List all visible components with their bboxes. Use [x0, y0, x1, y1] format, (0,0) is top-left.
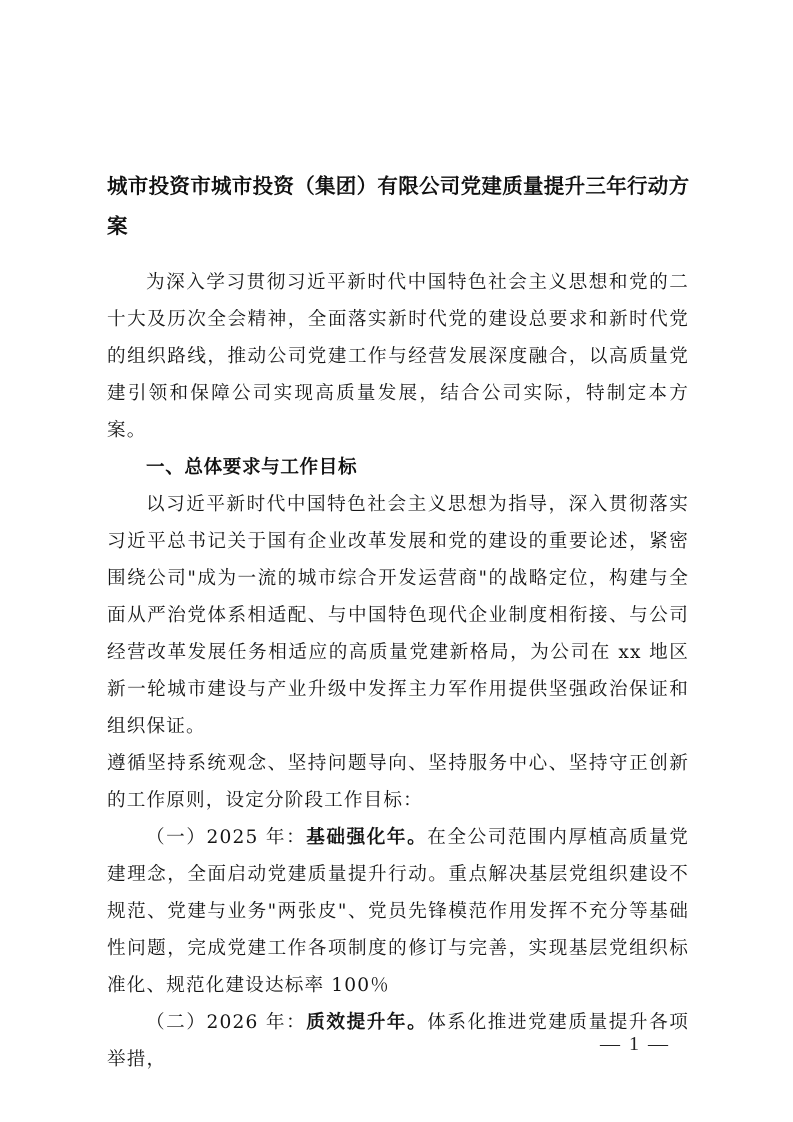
principles-paragraph: 遵循坚持系统观念、坚持问题导向、坚持服务中心、坚持守正创新的工作原则，设定分阶段…	[107, 745, 689, 819]
goal-2025-bold-title: 基础强化年。	[306, 827, 427, 848]
document-body: 为深入学习贯彻习近平新时代中国特色社会主义思想和党的二十大及历次全会精神，全面落…	[107, 264, 689, 1078]
goal-2026-label: （二）2026 年：	[146, 1012, 306, 1033]
goal-2025-paragraph: （一）2025 年：基础强化年。在全公司范围内厚植高质量党建理念，全面启动党建质…	[107, 819, 689, 1004]
goal-2025-label: （一）2025 年：	[146, 827, 306, 848]
goal-2026-bold-title: 质效提升年。	[306, 1012, 427, 1033]
intro-paragraph: 为深入学习贯彻习近平新时代中国特色社会主义思想和党的二十大及历次全会精神，全面落…	[107, 264, 689, 449]
document-page: 城市投资市城市投资（集团）有限公司党建质量提升三年行动方案 为深入学习贯彻习近平…	[0, 0, 793, 1122]
page-number: — 1 —	[600, 1033, 670, 1056]
guiding-ideology-paragraph: 以习近平新时代中国特色社会主义思想为指导，深入贯彻落实习近平总书记关于国有企业改…	[107, 486, 689, 745]
section-heading-general-requirements: 一、总体要求与工作目标	[107, 449, 689, 486]
goal-2025-text: 在全公司范围内厚植高质量党建理念，全面启动党建质量提升行动。重点解决基层党组织建…	[107, 827, 689, 996]
document-title: 城市投资市城市投资（集团）有限公司党建质量提升三年行动方案	[107, 166, 697, 246]
